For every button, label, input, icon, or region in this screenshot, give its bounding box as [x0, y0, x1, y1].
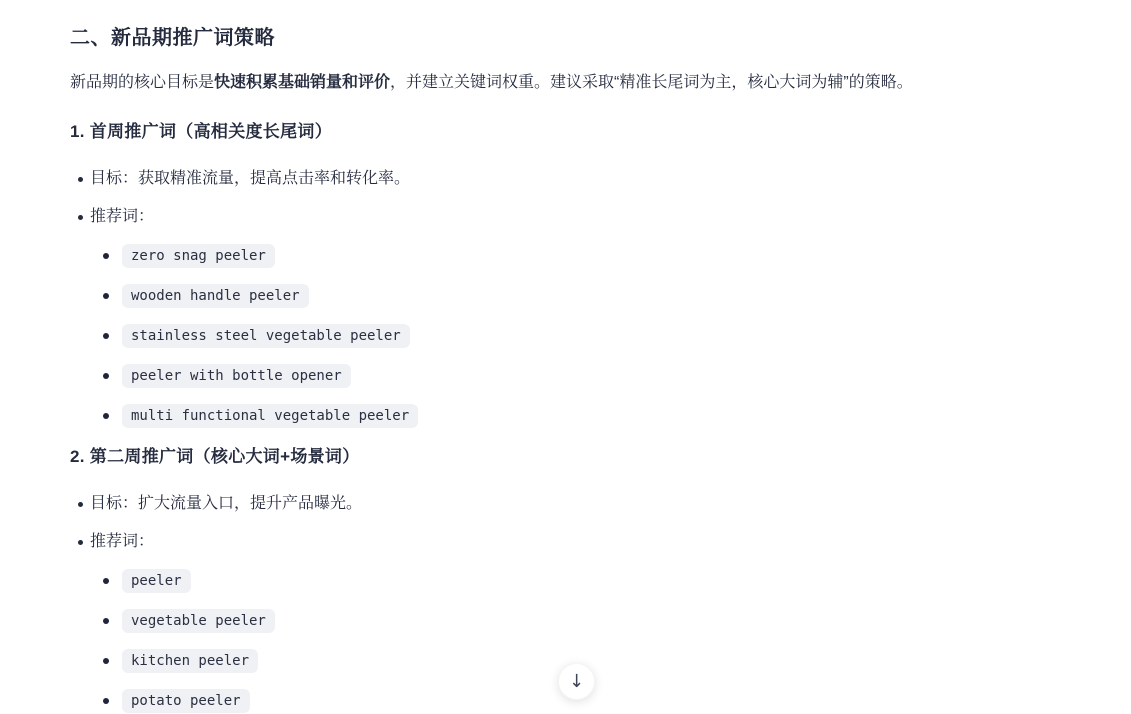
keyword-chip: peeler [122, 569, 191, 593]
bullet-item-keywords: 推荐词： zero snag peeler wooden handle peel… [70, 205, 1061, 428]
scroll-to-bottom-button[interactable]: ↓ [558, 663, 595, 700]
keyword-item: multi functional vegetable peeler [90, 404, 1061, 428]
keyword-chip: peeler with bottle opener [122, 364, 351, 388]
bullet-item-goal: 目标：扩大流量入口，提升产品曝光。 [70, 492, 1061, 516]
keyword-item: stainless steel vegetable peeler [90, 324, 1061, 348]
bullet-item-goal: 目标：获取精准流量，提高点击率和转化率。 [70, 167, 1061, 191]
section-heading: 二、新品期推广词策略 [70, 25, 1061, 51]
keyword-list-week1: zero snag peeler wooden handle peeler st… [90, 244, 1061, 428]
bullet-item-label: 推荐词： [90, 208, 154, 225]
down-arrow-icon: ↓ [569, 673, 584, 691]
keyword-chip: vegetable peeler [122, 609, 275, 633]
document-content: 二、新品期推广词策略 新品期的核心目标是快速积累基础销量和评价，并建立关键词权重… [0, 0, 1131, 713]
intro-prefix: 新品期的核心目标是 [70, 74, 214, 91]
keyword-item: peeler with bottle opener [90, 364, 1061, 388]
keyword-item: wooden handle peeler [90, 284, 1061, 308]
subsection-title-week1: 1. 首周推广词（高相关度长尾词） [70, 119, 1061, 145]
keyword-chip: wooden handle peeler [122, 284, 309, 308]
intro-suffix: ，并建立关键词权重。建议采取“精准长尾词为主，核心大词为辅”的策略。 [390, 74, 913, 91]
subsection-title-week2: 2. 第二周推广词（核心大词+场景词） [70, 444, 1061, 470]
keyword-chip: multi functional vegetable peeler [122, 404, 418, 428]
intro-paragraph: 新品期的核心目标是快速积累基础销量和评价，并建立关键词权重。建议采取“精准长尾词… [70, 71, 1061, 95]
keyword-chip: stainless steel vegetable peeler [122, 324, 410, 348]
keyword-chip: potato peeler [122, 689, 250, 713]
keyword-chip: kitchen peeler [122, 649, 258, 673]
keyword-item: zero snag peeler [90, 244, 1061, 268]
keyword-chip: zero snag peeler [122, 244, 275, 268]
bullet-item-label: 推荐词： [90, 533, 154, 550]
intro-bold-text: 快速积累基础销量和评价 [214, 74, 390, 91]
bullet-list-week1: 目标：获取精准流量，提高点击率和转化率。 推荐词： zero snag peel… [70, 167, 1061, 428]
keyword-item: vegetable peeler [90, 609, 1061, 633]
keyword-item: peeler [90, 569, 1061, 593]
